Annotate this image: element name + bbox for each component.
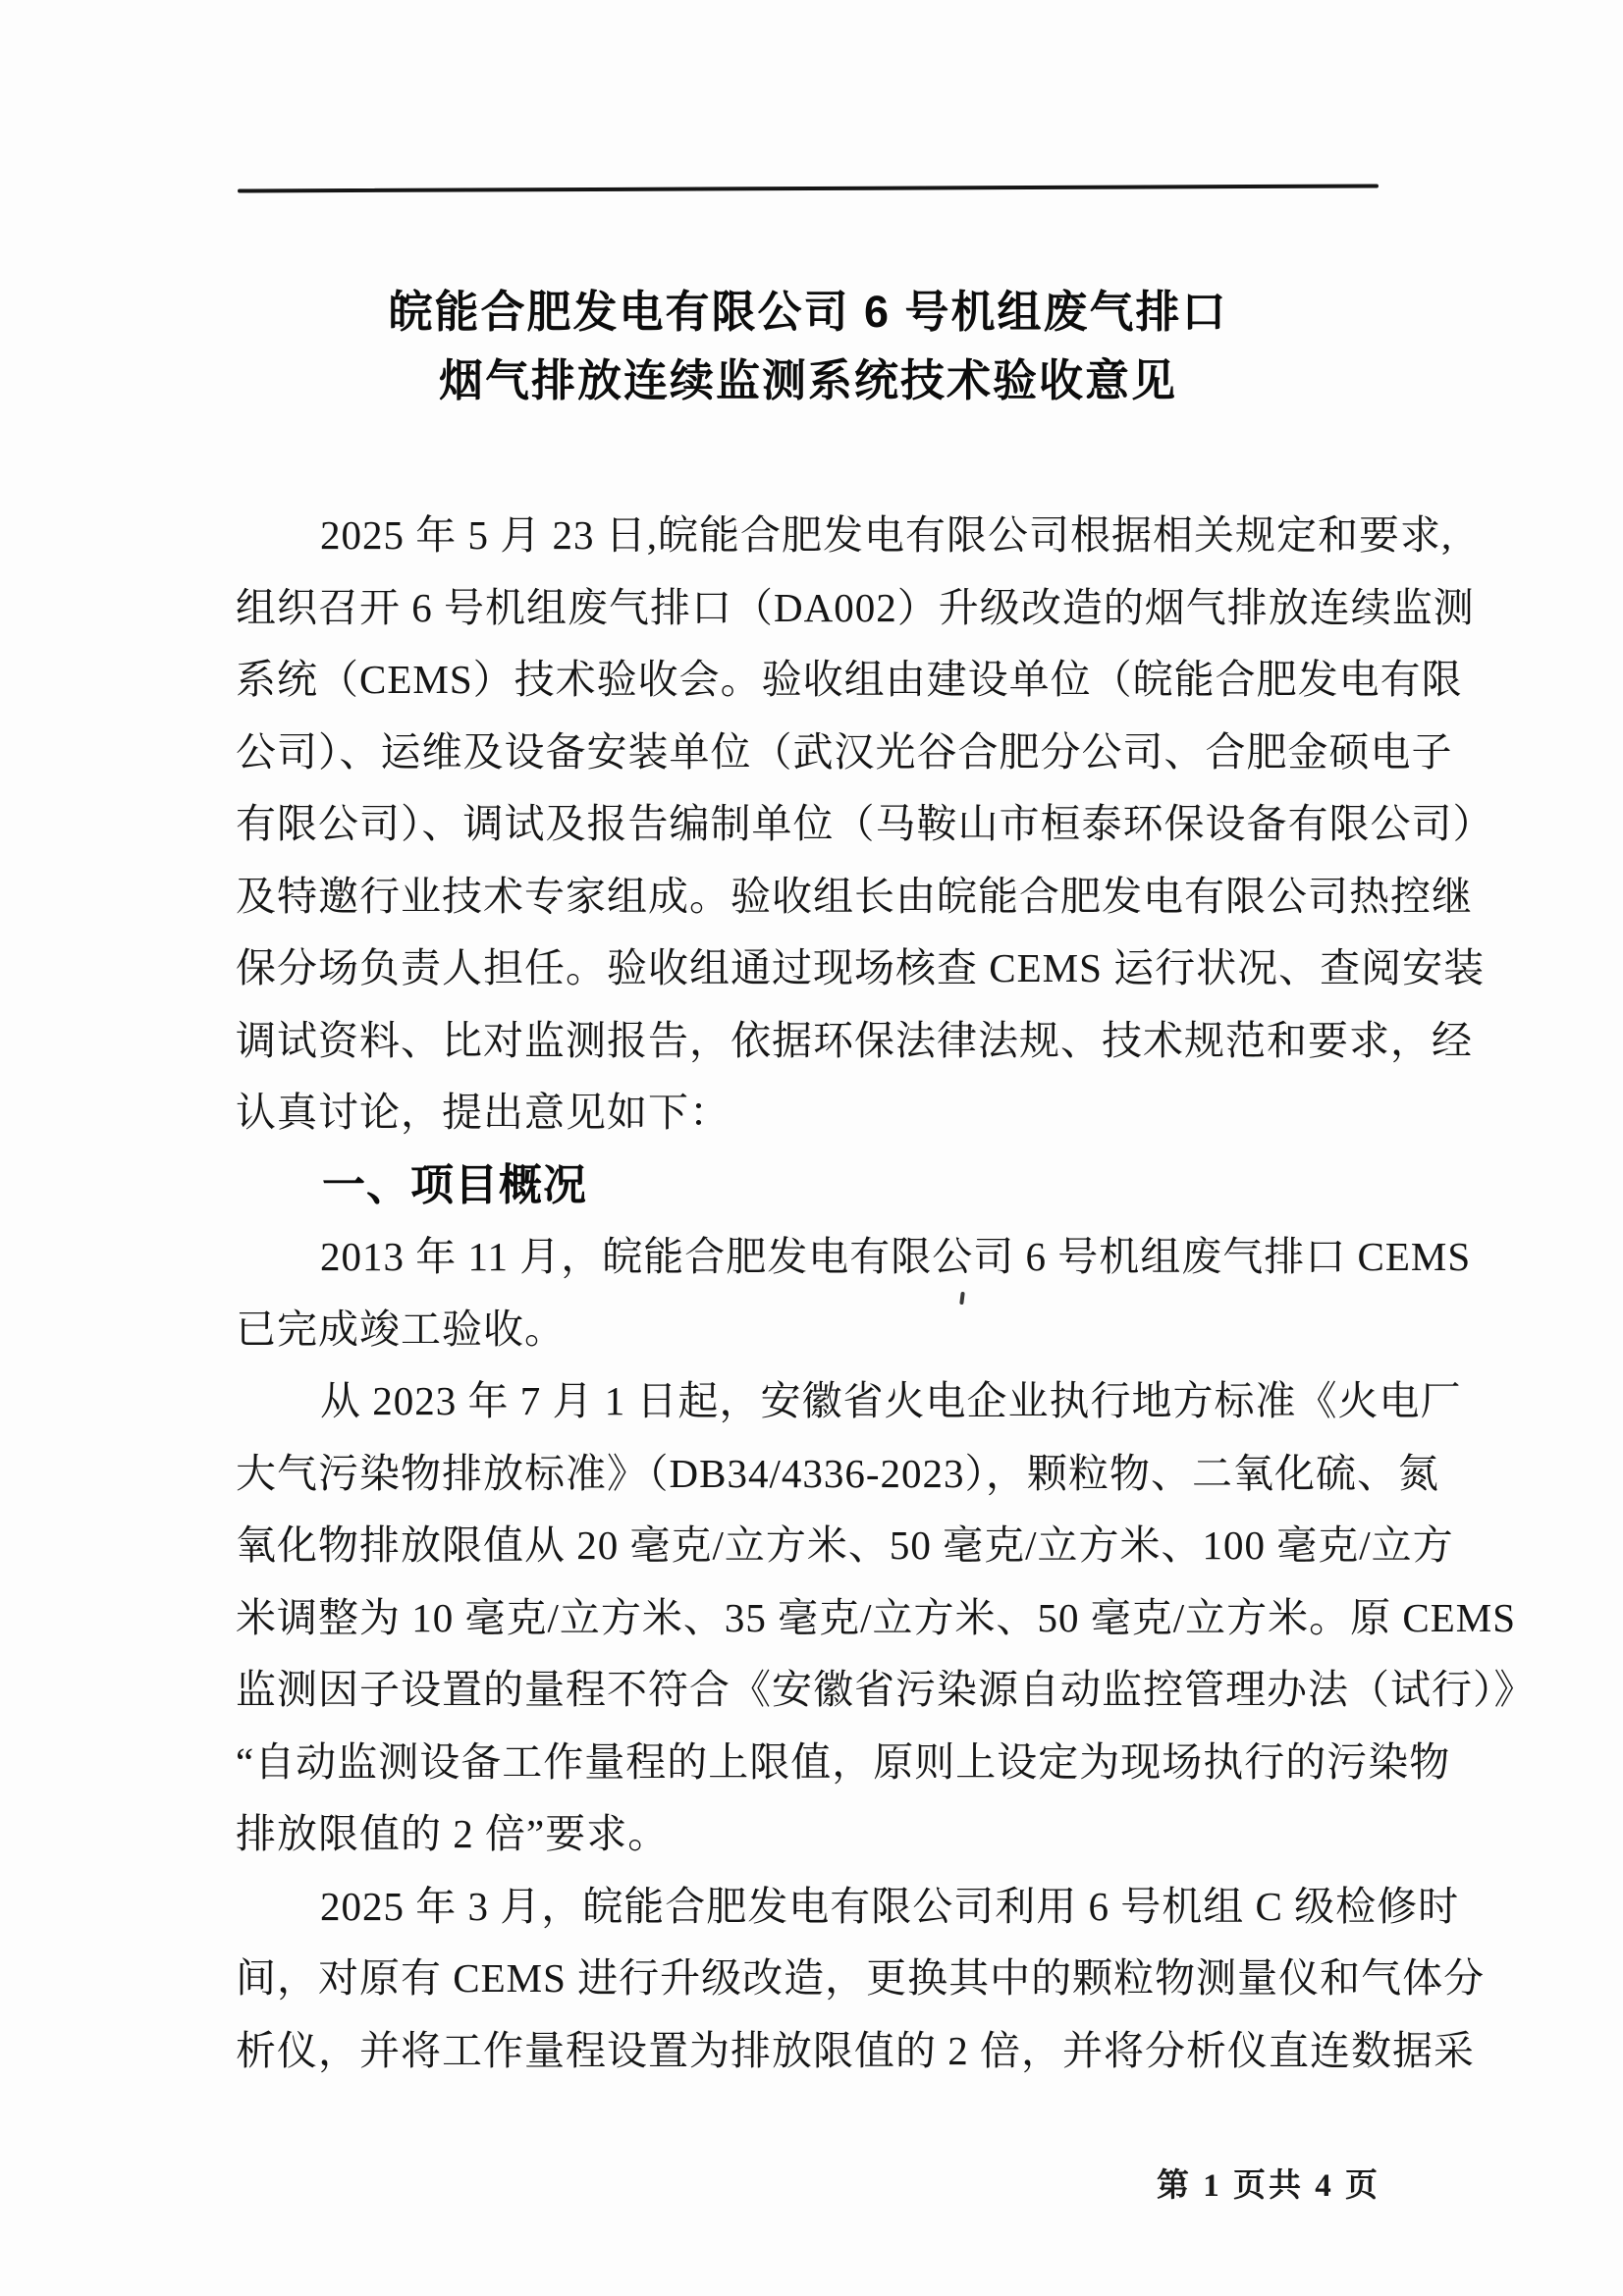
page-number-label: 第 1 页共 4 页 [1157, 2168, 1380, 2204]
body-line: 从 2023 年 7 月 1 日起，安徽省火电企业执行地方标准《火电厂 [236, 1365, 1384, 1438]
body-line: 组织召开 6 号机组废气排口（DA002）升级改造的烟气排放连续监测 [236, 572, 1384, 645]
body-line: 间，对原有 CEMS 进行升级改造，更换其中的颗粒物测量仪和气体分 [236, 1943, 1384, 2015]
body-line: 析仪，并将工作量程设置为排放限值的 2 倍，并将分析仪直连数据采 [236, 2015, 1384, 2088]
body-line: 排放限值的 2 倍”要求。 [236, 1798, 1384, 1871]
document-page: 皖能合肥发电有限公司 6 号机组废气排口 烟气排放连续监测系统技术验收意见 20… [0, 0, 1623, 2296]
body-line: 公司）、运维及设备安装单位（武汉光谷合肥分公司、合肥金硕电子 [236, 717, 1384, 789]
document-body: 2025 年 5 月 23 日,皖能合肥发电有限公司根据相关规定和要求, 组织召… [236, 500, 1384, 2087]
body-line: 大气污染物排放标准》（DB34/4336-2023），颗粒物、二氧化硫、氮 [236, 1438, 1384, 1511]
body-line: 系统（CEMS）技术验收会。验收组由建设单位（皖能合肥发电有限 [236, 644, 1384, 717]
doc-title-line-1: 皖能合肥发电有限公司 6 号机组废气排口 [236, 278, 1380, 347]
body-line: 有限公司）、调试及报告编制单位（马鞍山市桓泰环保设备有限公司） [236, 788, 1384, 861]
body-line: 米调整为 10 毫克/立方米、35 毫克/立方米、50 毫克/立方米。原 CEM… [236, 1582, 1384, 1655]
body-line: 保分场负责人担任。验收组通过现场核查 CEMS 运行状况、查阅安装 [236, 933, 1384, 1005]
body-line: 调试资料、比对监测报告，依据环保法律法规、技术规范和要求，经 [236, 1005, 1384, 1078]
doc-title-line-2: 烟气排放连续监测系统技术验收意见 [236, 347, 1380, 415]
body-line: 氧化物排放限值从 20 毫克/立方米、50 毫克/立方米、100 毫克/立方 [236, 1510, 1384, 1582]
section-heading-1: 一、项目概况 [236, 1149, 1384, 1222]
body-line: 2013 年 11 月，皖能合肥发电有限公司 6 号机组废气排口 CEMS [236, 1221, 1384, 1294]
header-rule [238, 184, 1379, 192]
body-line: 监测因子设置的量程不符合《安徽省污染源自动监控管理办法（试行）》 [236, 1654, 1384, 1727]
body-line: 2025 年 3 月，皖能合肥发电有限公司利用 6 号机组 C 级检修时 [236, 1871, 1384, 1944]
body-line: 认真讨论，提出意见如下： [236, 1077, 1384, 1149]
document-title: 皖能合肥发电有限公司 6 号机组废气排口 烟气排放连续监测系统技术验收意见 [236, 278, 1380, 415]
body-line: 2025 年 5 月 23 日,皖能合肥发电有限公司根据相关规定和要求, [236, 500, 1384, 572]
body-line: 已完成竣工验收。 [236, 1294, 1384, 1366]
body-line: 及特邀行业技术专家组成。验收组长由皖能合肥发电有限公司热控继 [236, 861, 1384, 934]
page-footer: 第 1 页共 4 页 [236, 2166, 1380, 2206]
body-line: “自动监测设备工作量程的上限值，原则上设定为现场执行的污染物 [236, 1727, 1384, 1799]
